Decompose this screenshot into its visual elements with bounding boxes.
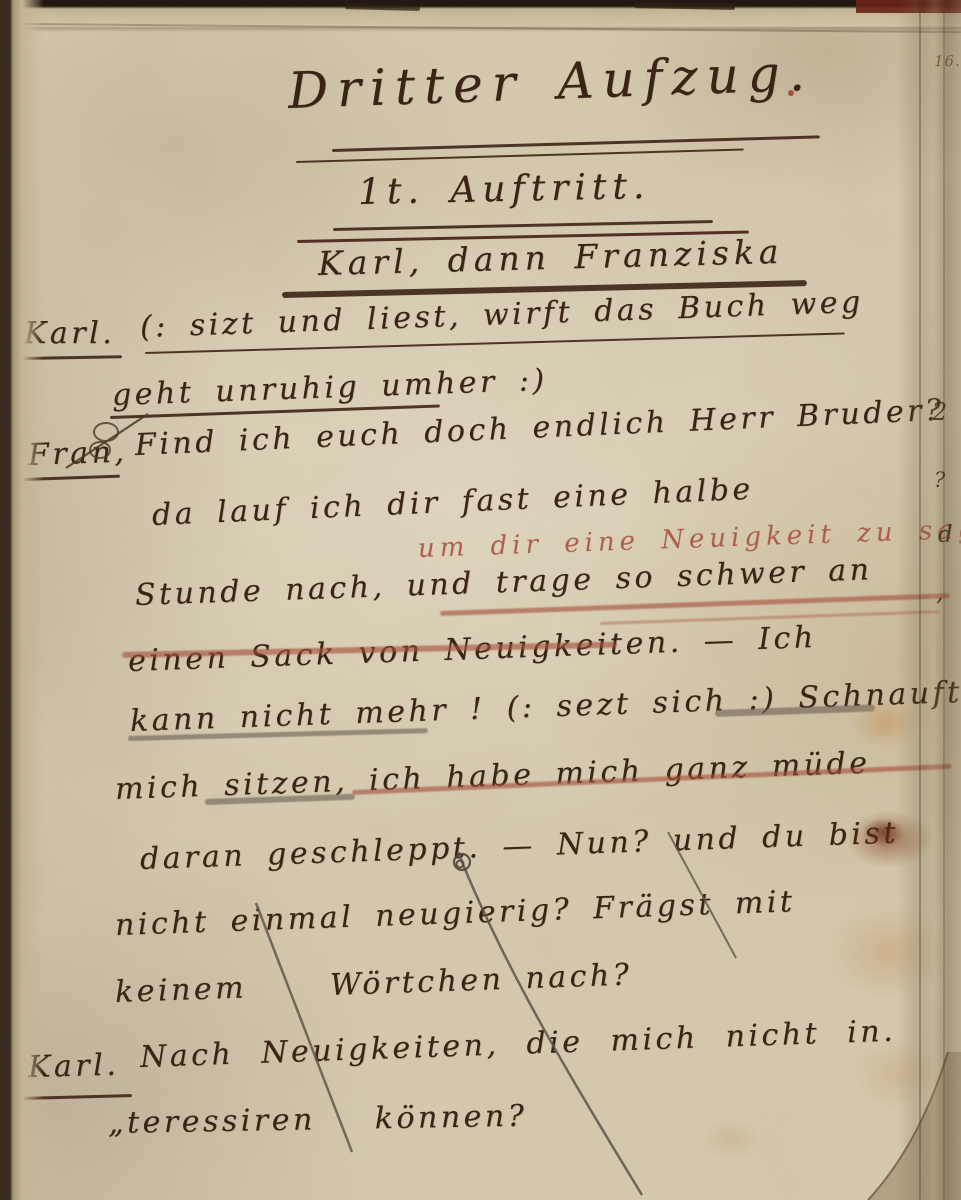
speaker-label-karl-2: Karl. xyxy=(28,1048,120,1085)
stain xyxy=(828,902,946,1000)
dialogue-line: Nach Neuigkeiten, die mich nicht in. xyxy=(139,1014,896,1075)
top-crease-line xyxy=(0,23,961,33)
speaker-underline-karl-2 xyxy=(20,1094,132,1099)
page-number: 16. xyxy=(934,52,961,70)
manuscript-page: Dritter Aufzug. 1t. Auftritt. Karl, dann… xyxy=(0,0,961,1200)
red-insertion: um dir eine Neuigkeit zu sagen xyxy=(417,513,961,564)
speaker-underline-fran xyxy=(24,475,120,481)
dialogue-line: Wörtchen nach? xyxy=(329,957,632,1003)
dialogue-line: geht unruhig umher :) xyxy=(111,363,548,413)
fore-edge xyxy=(897,0,961,1200)
dialogue-line: nicht einmal neugierig? Frägst mit xyxy=(114,884,796,943)
edge-ink-fragment: , xyxy=(936,578,944,606)
edge-ink-fragment: d xyxy=(938,522,953,548)
act-heading: Dritter Aufzug. xyxy=(287,44,815,120)
ink-mark-top xyxy=(345,4,420,11)
gutter-edge xyxy=(0,0,44,1200)
stain xyxy=(700,1118,762,1160)
speaker-label-fran: Fran, xyxy=(27,435,128,473)
speaker-underline-karl xyxy=(22,355,122,360)
act-underline xyxy=(332,135,820,152)
ink-mark-top-2 xyxy=(635,2,735,10)
dialogue-line: daran geschleppt. — Nun? und du bist xyxy=(139,816,899,877)
dialogue-line: „teressiren können? xyxy=(108,1099,528,1141)
dialogue-line: keinem xyxy=(114,970,247,1010)
scene-underline xyxy=(333,220,713,230)
fore-edge-line xyxy=(919,0,921,1200)
red-cover-edge xyxy=(856,0,961,13)
dialogue-line: da lauf ich dir fast eine halbe xyxy=(151,472,754,533)
edge-ink-fragment: ? xyxy=(934,468,945,492)
corner-fold xyxy=(868,1052,961,1200)
speaker-label-karl: Karl. xyxy=(24,316,115,351)
scene-heading: 1t. Auftritt. xyxy=(358,166,651,213)
book-top-edge xyxy=(0,0,961,32)
edge-ink-fragment: 2 xyxy=(932,398,947,426)
